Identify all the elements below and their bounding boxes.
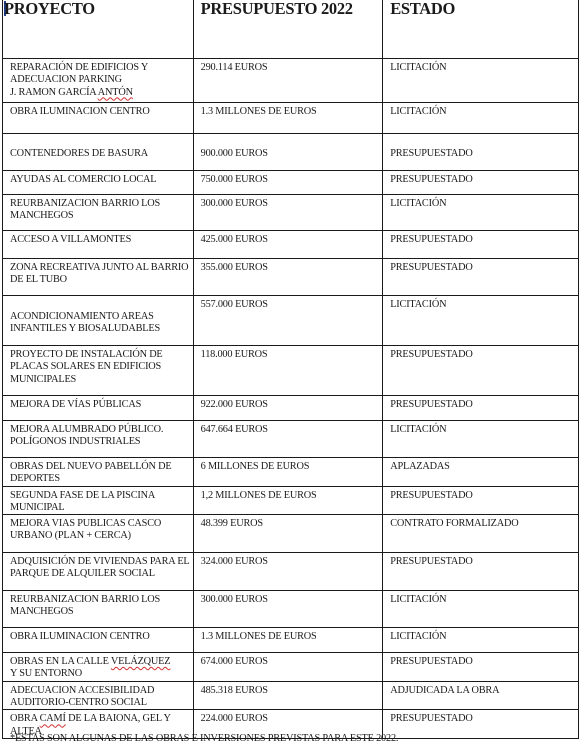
cell-proyecto[interactable]: ADQUISICIÓN DE VIVIENDAS PARA EL PARQUE …: [3, 553, 194, 591]
header-proyecto[interactable]: PROYECTO: [3, 0, 194, 59]
cell-presupuesto[interactable]: 1.3 MILLONES DE EUROS: [193, 103, 383, 134]
cell-estado[interactable]: PRESUPUESTADO: [383, 553, 579, 591]
cell-estado[interactable]: LICITACIÓN: [383, 195, 579, 231]
cell-estado[interactable]: PRESUPUESTADO: [383, 346, 579, 396]
table-row: ADQUISICIÓN DE VIVIENDAS PARA EL PARQUE …: [3, 553, 579, 591]
table-row: MEJORA DE VÍAS PÚBLICAS 922.000 EUROS PR…: [3, 396, 579, 421]
cell-presupuesto[interactable]: 324.000 EUROS: [193, 553, 383, 591]
cell-proyecto[interactable]: REURBANIZACION BARRIO LOS MANCHEGOS: [3, 195, 194, 231]
cell-estado[interactable]: PRESUPUESTADO: [383, 710, 579, 739]
cell-estado[interactable]: PRESUPUESTADO: [383, 259, 579, 296]
cell-estado[interactable]: LICITACIÓN: [383, 421, 579, 458]
spellcheck-underline: VELÁZQUEZ: [111, 656, 170, 667]
cell-presupuesto[interactable]: 355.000 EUROS: [193, 259, 383, 296]
table-row: OBRA ILUMINACION CENTRO 1.3 MILLONES DE …: [3, 628, 579, 653]
table-row: REURBANIZACION BARRIO LOS MANCHEGOS 300.…: [3, 591, 579, 628]
table-row: ZONA RECREATIVA JUNTO AL BARRIO DE EL TU…: [3, 259, 579, 296]
cell-proyecto[interactable]: OBRAS EN LA CALLE VELÁZQUEZY SU ENTORNO: [3, 653, 194, 682]
spellcheck-underline: ANTÓN: [98, 87, 133, 98]
cell-presupuesto[interactable]: 1,2 MILLONES DE EUROS: [193, 486, 383, 515]
cell-proyecto[interactable]: REPARACIÓN DE EDIFICIOS Y ADECUACION PAR…: [3, 59, 194, 103]
cell-proyecto[interactable]: SEGUNDA FASE DE LA PISCINA MUNICIPAL: [3, 486, 194, 515]
cell-presupuesto[interactable]: 300.000 EUROS: [193, 195, 383, 231]
cell-proyecto[interactable]: OBRA ILUMINACION CENTRO: [3, 103, 194, 134]
cell-estado[interactable]: PRESUPUESTADO: [383, 396, 579, 421]
cell-presupuesto[interactable]: 118.000 EUROS: [193, 346, 383, 396]
table-row: REPARACIÓN DE EDIFICIOS Y ADECUACION PAR…: [3, 59, 579, 103]
cell-presupuesto[interactable]: 900.000 EUROS: [193, 134, 383, 171]
cell-estado[interactable]: PRESUPUESTADO: [383, 171, 579, 195]
cell-proyecto[interactable]: OBRAS DEL NUEVO PABELLÓN DE DEPORTES: [3, 458, 194, 487]
cell-presupuesto[interactable]: 557.000 EUROS: [193, 296, 383, 346]
table-row: SEGUNDA FASE DE LA PISCINA MUNICIPAL 1,2…: [3, 486, 579, 515]
cell-presupuesto[interactable]: 1.3 MILLONES DE EUROS: [193, 628, 383, 653]
spellcheck-underline: CAMÍ: [40, 713, 66, 724]
cell-estado[interactable]: LICITACIÓN: [383, 591, 579, 628]
cell-proyecto[interactable]: ZONA RECREATIVA JUNTO AL BARRIO DE EL TU…: [3, 259, 194, 296]
header-estado[interactable]: ESTADO: [383, 0, 579, 59]
cell-estado[interactable]: LICITACIÓN: [383, 59, 579, 103]
table-row: AYUDAS AL COMERCIO LOCAL 750.000 EUROS P…: [3, 171, 579, 195]
cell-presupuesto[interactable]: 300.000 EUROS: [193, 591, 383, 628]
table-row: CONTENEDORES DE BASURA 900.000 EUROS PRE…: [3, 134, 579, 171]
cell-proyecto[interactable]: AYUDAS AL COMERCIO LOCAL: [3, 171, 194, 195]
table-row: ACCESO A VILLAMONTES 425.000 EUROS PRESU…: [3, 231, 579, 259]
cell-presupuesto[interactable]: 647.664 EUROS: [193, 421, 383, 458]
cell-presupuesto[interactable]: 485.318 EUROS: [193, 681, 383, 710]
table-row: OBRA ILUMINACION CENTRO 1.3 MILLONES DE …: [3, 103, 579, 134]
footnote: *ESTAS SON ALGUNAS DE LAS OBRAS E INVERS…: [10, 733, 398, 744]
cell-proyecto[interactable]: CONTENEDORES DE BASURA: [3, 134, 194, 171]
cell-presupuesto[interactable]: 674.000 EUROS: [193, 653, 383, 682]
cell-presupuesto[interactable]: 922.000 EUROS: [193, 396, 383, 421]
cell-presupuesto[interactable]: 290.114 EUROS: [193, 59, 383, 103]
cell-proyecto[interactable]: ACONDICIONAMIENTO AREAS INFANTILES Y BIO…: [3, 296, 194, 346]
table-row: MEJORA ALUMBRADO PÚBLICO. POLÍGONOS INDU…: [3, 421, 579, 458]
cell-estado[interactable]: PRESUPUESTADO: [383, 486, 579, 515]
cell-estado[interactable]: PRESUPUESTADO: [383, 134, 579, 171]
table-row: PROYECTO DE INSTALACIÓN DE PLACAS SOLARE…: [3, 346, 579, 396]
cell-presupuesto[interactable]: 750.000 EUROS: [193, 171, 383, 195]
cell-estado[interactable]: CONTRATO FORMALIZADO: [383, 515, 579, 553]
table-row: OBRAS EN LA CALLE VELÁZQUEZY SU ENTORNO …: [3, 653, 579, 682]
cell-presupuesto[interactable]: 48.399 EUROS: [193, 515, 383, 553]
cell-presupuesto[interactable]: 6 MILLONES DE EUROS: [193, 458, 383, 487]
cell-presupuesto[interactable]: 425.000 EUROS: [193, 231, 383, 259]
table-row: ADECUACION ACCESIBILIDAD AUDITORIO-CENTR…: [3, 681, 579, 710]
header-presupuesto[interactable]: PRESUPUESTO 2022: [193, 0, 383, 59]
cell-estado[interactable]: PRESUPUESTADO: [383, 231, 579, 259]
cell-estado[interactable]: ADJUDICADA LA OBRA: [383, 681, 579, 710]
cell-proyecto[interactable]: REURBANIZACION BARRIO LOS MANCHEGOS: [3, 591, 194, 628]
cell-proyecto[interactable]: MEJORA VIAS PUBLICAS CASCO URBANO (PLAN …: [3, 515, 194, 553]
table-row: REURBANIZACION BARRIO LOS MANCHEGOS 300.…: [3, 195, 579, 231]
cell-proyecto[interactable]: MEJORA ALUMBRADO PÚBLICO. POLÍGONOS INDU…: [3, 421, 194, 458]
cell-proyecto[interactable]: ACCESO A VILLAMONTES: [3, 231, 194, 259]
cell-estado[interactable]: LICITACIÓN: [383, 296, 579, 346]
projects-table: PROYECTO PRESUPUESTO 2022 ESTADO REPARAC…: [2, 0, 579, 739]
cell-estado[interactable]: LICITACIÓN: [383, 103, 579, 134]
cell-proyecto[interactable]: PROYECTO DE INSTALACIÓN DE PLACAS SOLARE…: [3, 346, 194, 396]
cell-proyecto[interactable]: OBRA ILUMINACION CENTRO: [3, 628, 194, 653]
cell-estado[interactable]: LICITACIÓN: [383, 628, 579, 653]
table-header-row: PROYECTO PRESUPUESTO 2022 ESTADO: [3, 0, 579, 59]
cell-proyecto[interactable]: ADECUACION ACCESIBILIDAD AUDITORIO-CENTR…: [3, 681, 194, 710]
cell-estado[interactable]: PRESUPUESTADO: [383, 653, 579, 682]
cell-estado[interactable]: APLAZADAS: [383, 458, 579, 487]
cell-proyecto[interactable]: MEJORA DE VÍAS PÚBLICAS: [3, 396, 194, 421]
table-row: MEJORA VIAS PUBLICAS CASCO URBANO (PLAN …: [3, 515, 579, 553]
table-row: OBRAS DEL NUEVO PABELLÓN DE DEPORTES 6 M…: [3, 458, 579, 487]
table-row: ACONDICIONAMIENTO AREAS INFANTILES Y BIO…: [3, 296, 579, 346]
